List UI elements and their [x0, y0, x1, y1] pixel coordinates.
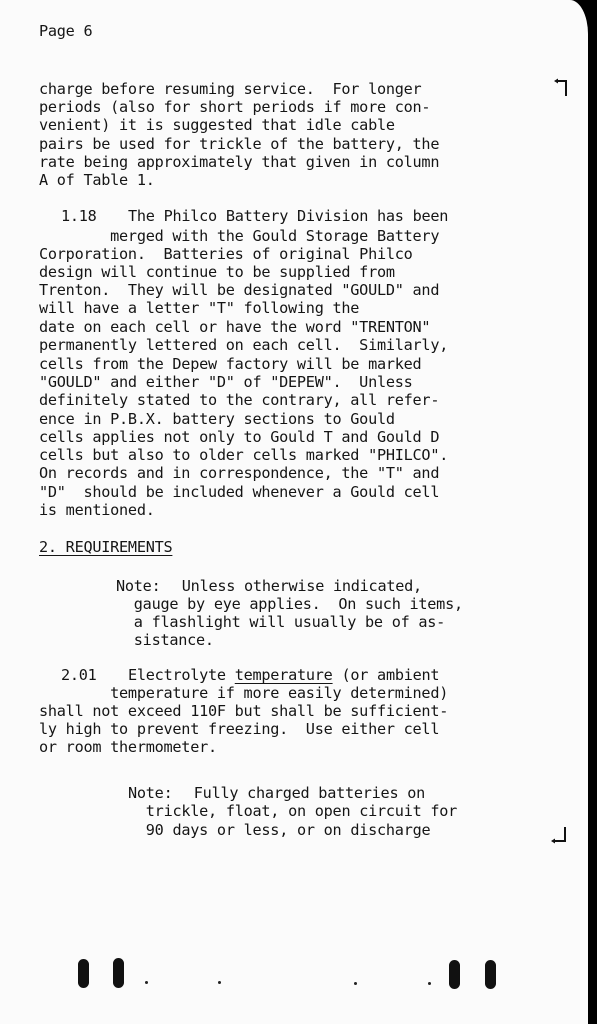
note-label: Note:: [128, 784, 172, 802]
text-line: sistance.: [116, 631, 214, 649]
binding-hole-mark: [113, 958, 124, 988]
text-line: The Philco Battery Division has been: [128, 207, 448, 225]
binding-dot: [354, 982, 357, 985]
text-line: design will continue to be supplied from: [39, 263, 395, 281]
item-number: 2.01: [61, 666, 97, 684]
text-line: shall not exceed 110F but shall be suffi…: [39, 702, 448, 720]
binding-dot: [218, 981, 221, 984]
section-heading: 2. REQUIREMENTS: [39, 538, 172, 556]
corner-bracket-bottom-icon: [550, 826, 560, 840]
text-line: pairs be used for trickle of the battery…: [39, 135, 439, 153]
text-line: definitely stated to the contrary, all r…: [39, 391, 439, 409]
text-line: On records and in correspondence, the "T…: [39, 464, 439, 482]
text-segment: Electrolyte: [128, 666, 235, 684]
text-line: "D" should be included whenever a Gould …: [39, 483, 439, 501]
text-line: ence in P.B.X. battery sections to Gould: [39, 410, 395, 428]
text-line: cells from the Depew factory will be mar…: [39, 355, 421, 373]
text-line: is mentioned.: [39, 501, 155, 519]
page-number: Page 6: [39, 22, 92, 40]
text-line: merged with the Gould Storage Battery: [39, 227, 439, 245]
text-line: A of Table 1.: [39, 171, 155, 189]
section-number: 1.18: [61, 207, 97, 225]
text-line: will have a letter "T" following the: [39, 299, 359, 317]
binding-hole-mark: [485, 960, 496, 989]
text-line: rate being approximately that given in c…: [39, 153, 439, 171]
text-line: Corporation. Batteries of original Philc…: [39, 245, 413, 263]
text-line: permanently lettered on each cell. Simil…: [39, 336, 448, 354]
text-line: or room thermometer.: [39, 738, 217, 756]
text-line: trickle, float, on open circuit for: [128, 802, 457, 820]
text-line: temperature if more easily determined): [39, 684, 448, 702]
text-line: date on each cell or have the word "TREN…: [39, 318, 430, 336]
text-segment: (or ambient: [333, 666, 440, 684]
text-line: venient) it is suggested that idle cable: [39, 116, 395, 134]
text-line: cells applies not only to Gould T and Go…: [39, 428, 439, 446]
binding-hole-mark: [449, 960, 460, 989]
text-line: periods (also for short periods if more …: [39, 98, 430, 116]
corner-bracket-top-icon: [554, 77, 564, 91]
text-line: "GOULD" and either "D" of "DEPEW". Unles…: [39, 373, 413, 391]
text-line: 90 days or less, or on discharge: [128, 821, 430, 839]
text-line: cells but also to older cells marked "PH…: [39, 446, 448, 464]
text-line: a flashlight will usually be of as-: [116, 613, 445, 631]
text-line: charge before resuming service. For long…: [39, 80, 421, 98]
text-line: Electrolyte temperature (or ambient: [128, 666, 439, 684]
document-page: Page 6 charge before resuming service. F…: [0, 0, 588, 1024]
text-line: ly high to prevent freezing. Use either …: [39, 720, 439, 738]
text-line: Trenton. They will be designated "GOULD"…: [39, 281, 439, 299]
text-line: Fully charged batteries on: [176, 784, 425, 802]
binding-dot: [428, 982, 431, 985]
text-line: Unless otherwise indicated,: [164, 577, 422, 595]
underlined-term: temperature: [235, 666, 333, 684]
binding-hole-mark: [78, 959, 89, 988]
note-label: Note:: [116, 577, 160, 595]
text-line: gauge by eye applies. On such items,: [116, 595, 463, 613]
binding-dot: [145, 981, 148, 984]
